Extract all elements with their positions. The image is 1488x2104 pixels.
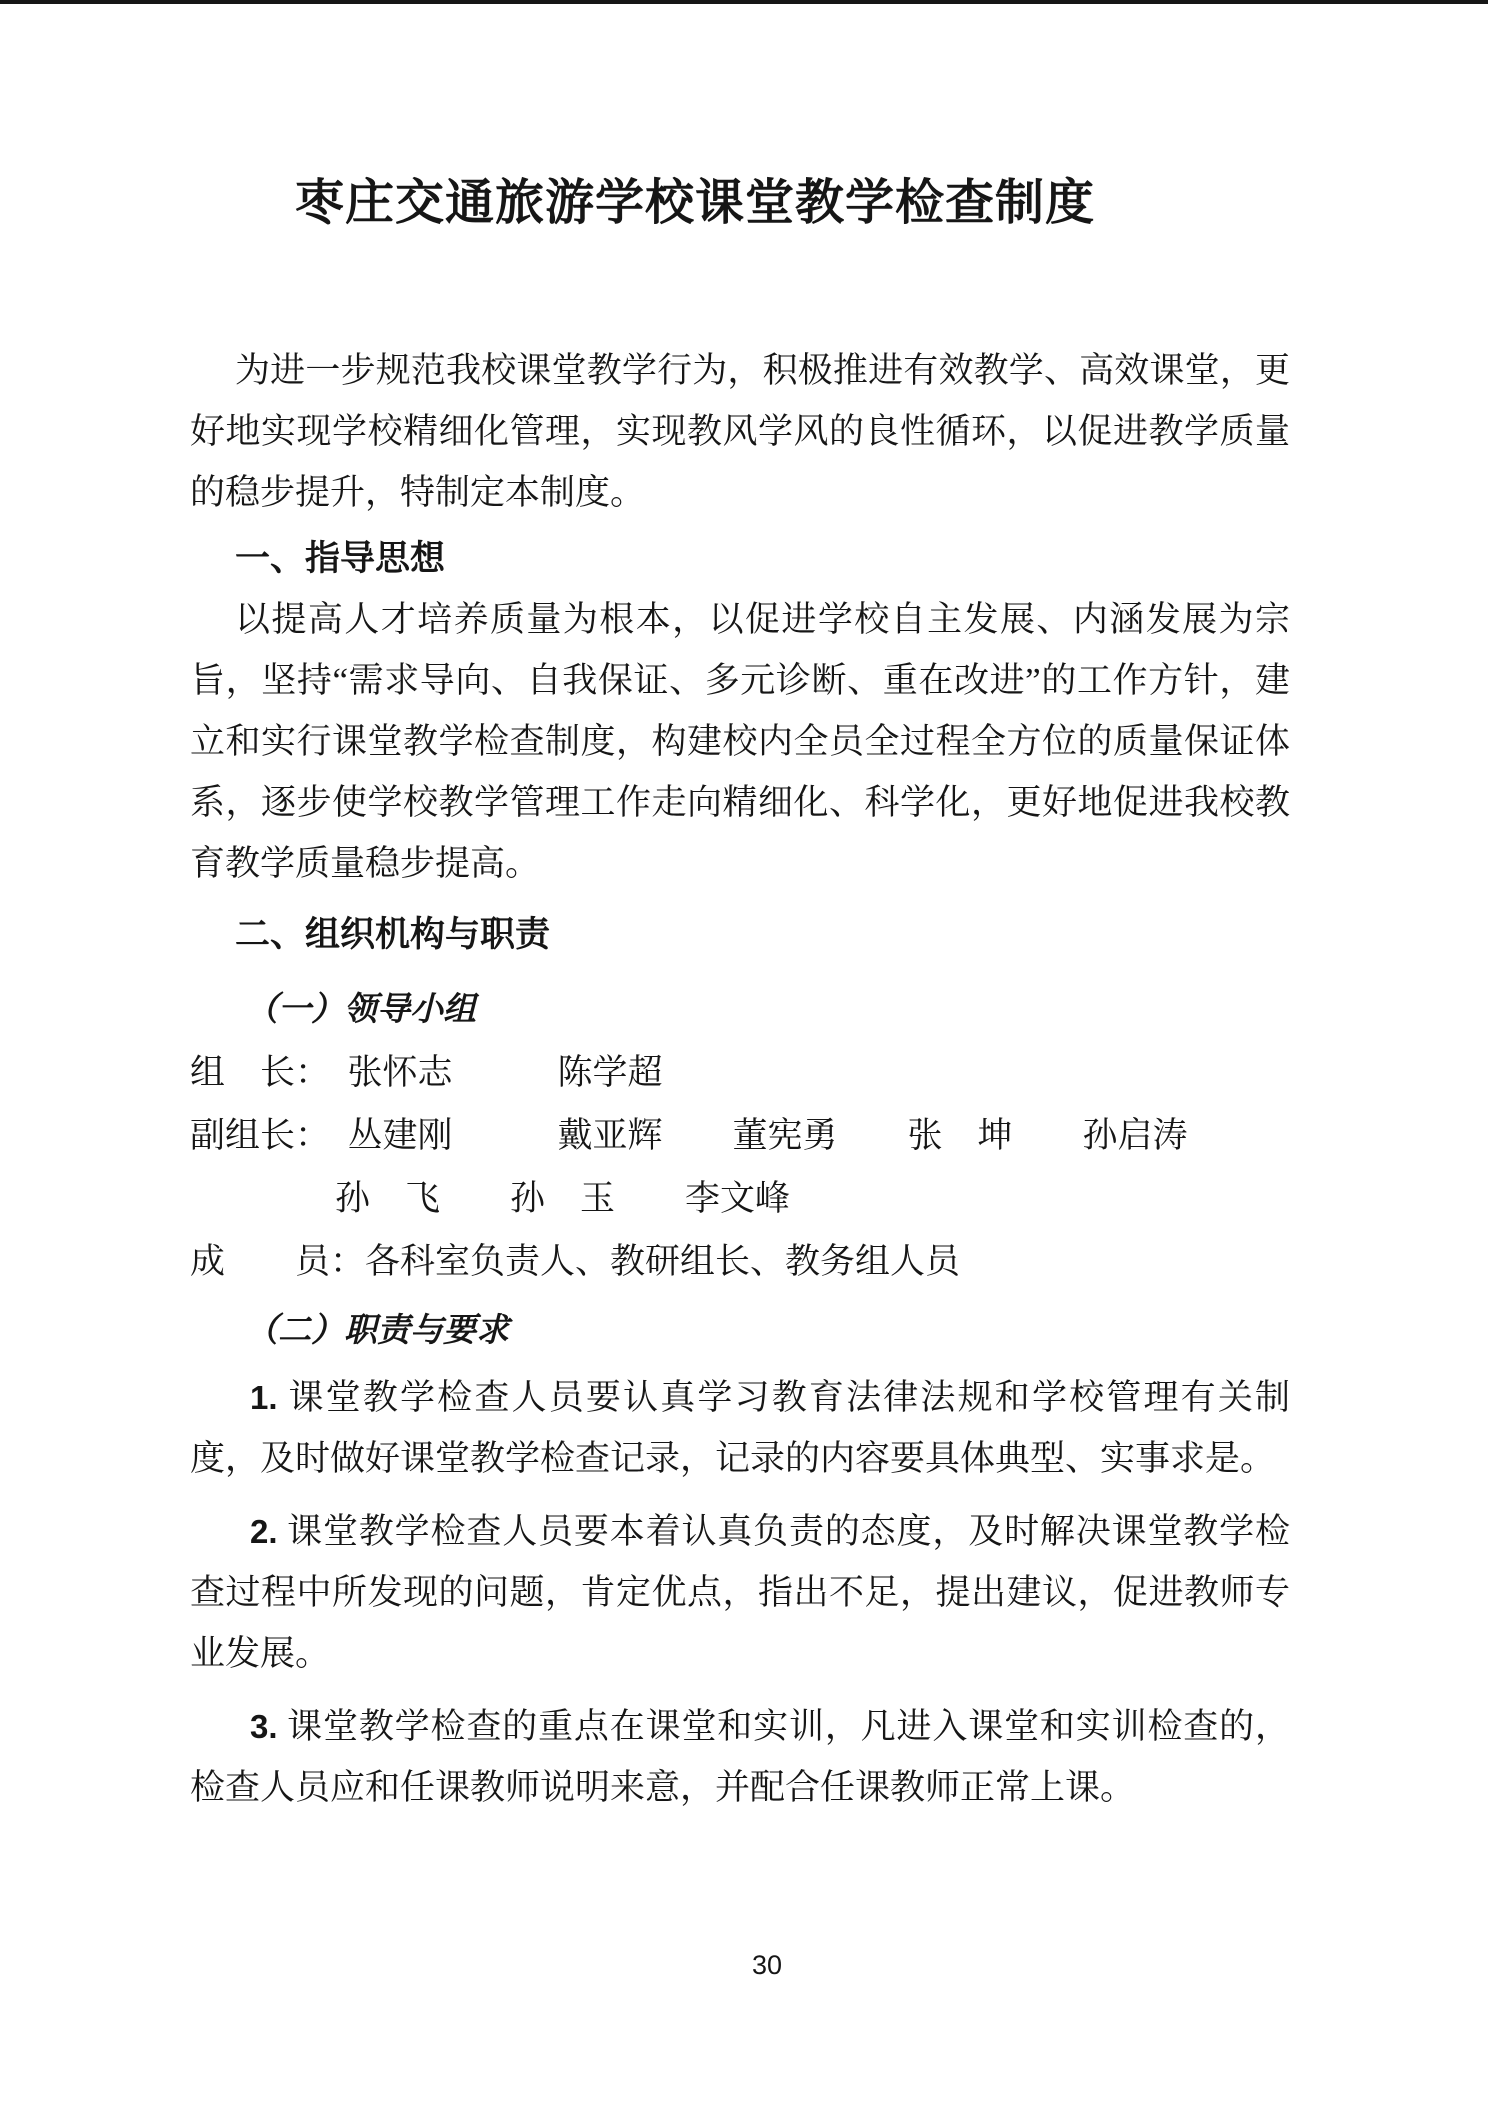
duty-item-3-number: 3. — [250, 1708, 278, 1745]
page-top-edge — [0, 0, 1488, 4]
section-1-heading: 一、指导思想 — [235, 528, 1290, 589]
document-title: 枣庄交通旅游学校课堂教学检查制度 — [190, 165, 1290, 240]
deputy-leader-line: 副组长： 丛建刚 戴亚辉 董宪勇 张 坤 孙启涛 — [190, 1104, 1290, 1167]
subsection-1-heading: （一）领导小组 — [245, 980, 1290, 1041]
section-1-body: 以提高人才培养质量为根本，以促进学校自主发展、内涵发展为宗旨，坚持“需求导向、自… — [190, 589, 1290, 894]
subsection-2-heading: （二）职责与要求 — [245, 1301, 1290, 1362]
duty-item-1: 1. 课堂教学检查人员要认真学习教育法律法规和学校管理有关制度，及时做好课堂教学… — [190, 1367, 1290, 1489]
intro-paragraph: 为进一步规范我校课堂教学行为，积极推进有效教学、高效课堂，更好地实现学校精细化管… — [190, 340, 1290, 523]
page-number: 30 — [752, 1950, 782, 1981]
duty-item-3-text: 课堂教学检查的重点在课堂和实训，凡进入课堂和实训检查的，检查人员应和任课教师说明… — [190, 1707, 1290, 1807]
member-line: 成 员：各科室负责人、教研组长、教务组人员 — [190, 1230, 1290, 1293]
duty-item-2-text: 课堂教学检查人员要本着认真负责的态度，及时解决课堂教学检查过程中所发现的问题，肯… — [190, 1512, 1290, 1673]
duty-item-2: 2. 课堂教学检查人员要本着认真负责的态度，及时解决课堂教学检查过程中所发现的问… — [190, 1501, 1290, 1684]
duty-item-2-number: 2. — [250, 1513, 278, 1550]
deputy-leader-line-continued: 孙 飞 孙 玉 李文峰 — [335, 1167, 1290, 1230]
section-2-heading: 二、组织机构与职责 — [235, 904, 1290, 965]
document-page: 枣庄交通旅游学校课堂教学检查制度 为进一步规范我校课堂教学行为，积极推进有效教学… — [190, 165, 1290, 1818]
duty-item-1-number: 1. — [250, 1379, 278, 1416]
duty-item-1-text: 课堂教学检查人员要认真学习教育法律法规和学校管理有关制度，及时做好课堂教学检查记… — [190, 1378, 1290, 1478]
leader-line: 组 长： 张怀志 陈学超 — [190, 1041, 1290, 1104]
duty-item-3: 3. 课堂教学检查的重点在课堂和实训，凡进入课堂和实训检查的，检查人员应和任课教… — [190, 1696, 1290, 1818]
